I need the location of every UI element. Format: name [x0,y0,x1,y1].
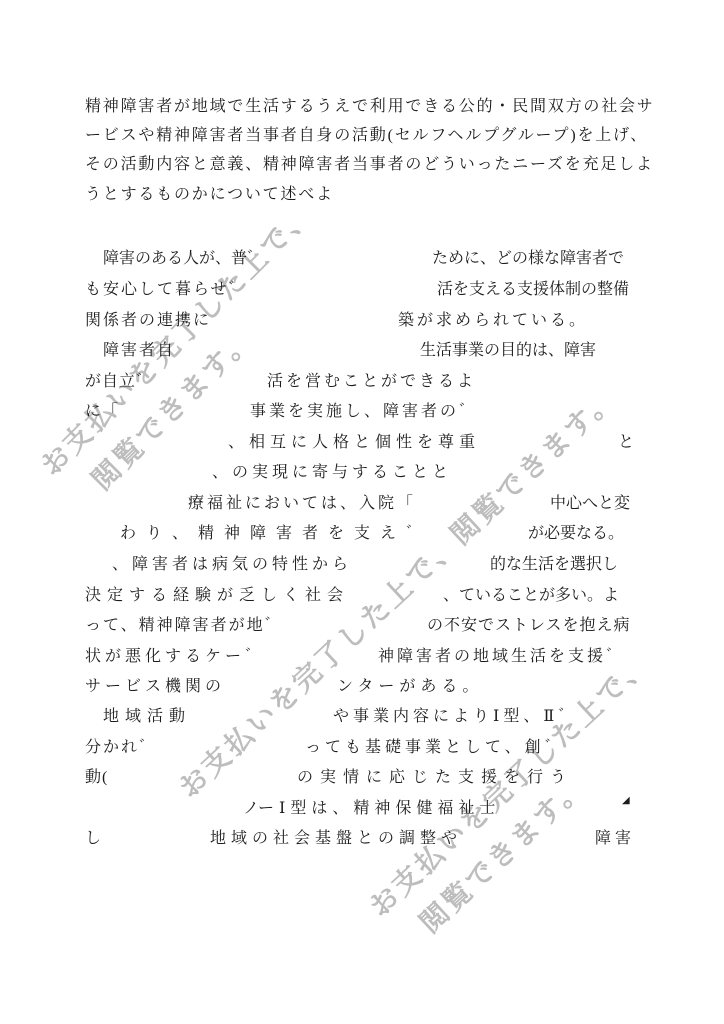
text-line: 分かれ゛っても基礎事業として、創゛ [0,734,724,758]
text-line: って、精神障害者が地゛の不安でストレスを抱え病 [0,612,724,636]
text-fragment: 築が求められている。 [398,307,588,330]
text-fragment: 障害者自 [103,337,175,360]
text-fragment: 地域の社会基盤との調整や [210,825,462,848]
text-line: 動(の実情に応じた支援を行う [0,764,724,788]
text-line: 地域活動や事業内容によりⅠ型、Ⅱ゛ [0,703,724,727]
text-line: が自立゛活を営むことができるよ [0,368,724,392]
text-fragment: ために、どの様な障害者で [432,245,624,268]
text-fragment: 事業を実施し、障害者の゛ [250,398,478,421]
text-line: 精神障害者が地域で生活するうえで利用できる公的・民間双方の社会サ [0,93,724,117]
text-fragment: ービスや精神障害者当事者自身の活動(セルフヘルプグループ)を上げ、 [85,122,648,145]
text-fragment: し [85,825,102,848]
text-line: 決定する経験が乏しく社会、ていることが多い。よ [0,582,724,606]
text-line: も安心して暮らせ゛活を支える支援体制の整備 [0,276,724,300]
text-fragment: 、ていることが多い。よ [443,582,619,605]
text-fragment: の実情に応じた支援を行う [297,764,573,787]
text-fragment: が必要なる。 [528,520,624,543]
text-line: 障害者自生活事業の目的は、障害 [0,337,724,361]
text-fragment: って、精神障害者が地゛ [85,612,283,635]
text-line: わり、精神障害者を支え゛が必要なる。 [0,520,724,544]
text-fragment: も安心して暮らせ゛ [85,276,247,299]
text-line: サービス機関のンターがある。 [0,673,724,697]
text-line: 障害のある人が、普゛ために、どの様な障害者で [0,245,724,269]
text-fragment: 、障害者は病気の特性から [112,551,352,574]
text-line: 、障害者は病気の特性から的な生活を選択し [0,551,724,575]
text-fragment: 活を営むことができるよ [267,368,476,391]
text-fragment: その活動内容と意義、精神障害者当事者のどういったニーズを充足しよ [85,151,654,174]
text-fragment: 精神障害者が地域で生活するうえで利用できる公的・民間双方の社会サ [85,93,655,116]
text-fragment: 地域活動 [103,703,191,726]
text-fragment: 療福祉においては、入院「 [188,490,416,513]
document-page: お支払いを完了した上で、閲覧できます。お支払いを完了した上で、閲覧できます。お支… [0,0,724,1024]
text-fragment: 的な生活を選択し [490,551,618,574]
text-fragment: ンターがある。 [337,673,483,696]
text-fragment: 神障害者の地域生活を支援゛ [378,643,625,666]
text-fragment: 関係者の連携に [85,307,211,330]
text-fragment: ーⅠ型は、精神保健福祉士 [258,795,500,818]
text-fragment: が自立゛ [85,368,153,391]
text-fragment: や事業内容によりⅠ型、Ⅱ゛ [333,703,578,726]
text-fragment: 中心へと変 [550,490,630,513]
text-fragment: 障害のある人が、普゛ [103,245,263,268]
text-fragment: 、の実現に寄与することと [212,459,452,482]
text-line: に「事業を実施し、障害者の゛ [0,398,724,422]
text-line: ノーⅠ型は、精神保健福祉士◢ [0,795,724,819]
text-fragment: と [618,429,636,452]
text-fragment: 状が悪化するケー゛ [85,643,265,666]
text-line: ービスや精神障害者当事者自身の活動(セルフヘルプグループ)を上げ、 [0,122,724,146]
text-fragment: 生活事業の目的は、障害 [420,337,596,360]
text-line: 関係者の連携に築が求められている。 [0,307,724,331]
text-fragment: 分かれ゛ [85,734,157,757]
text-fragment: 動( [85,764,108,787]
document-text-layer: 精神障害者が地域で生活するうえで利用できる公的・民間双方の社会サービスや精神障害… [0,0,724,1024]
text-line: し地域の社会基盤との調整や障害 [0,825,724,849]
text-line: 状が悪化するケー゛神障害者の地域生活を支援゛ [0,643,724,667]
text-fragment: の不安でストレスを抱え病 [427,612,631,635]
text-line: うとするものかについて述べよ [0,181,724,205]
text-fragment: ノ [243,795,259,818]
text-fragment: うとするものかについて述べよ [85,181,334,204]
text-fragment: 決定する経験が乏しく社会 [85,582,349,605]
text-line: 療福祉においては、入院「中心へと変 [0,490,724,514]
text-line: その活動内容と意義、精神障害者当事者のどういったニーズを充足しよ [0,151,724,175]
text-line: 、相互に人格と個性を尊重と [0,429,724,453]
text-fragment: 、相互に人格と個性を尊重 [228,429,480,452]
text-fragment: 障害 [595,825,635,848]
text-fragment: わり、精神障害者を支え゛ [120,520,432,543]
text-fragment: に「 [85,398,119,421]
text-fragment: ◢ [622,795,632,806]
text-fragment: 活を支える支援体制の整備 [437,276,629,299]
text-fragment: サービス機関の [85,673,225,696]
text-line: 、の実現に寄与することと [0,459,724,483]
text-fragment: っても基礎事業として、創゛ [305,734,565,757]
